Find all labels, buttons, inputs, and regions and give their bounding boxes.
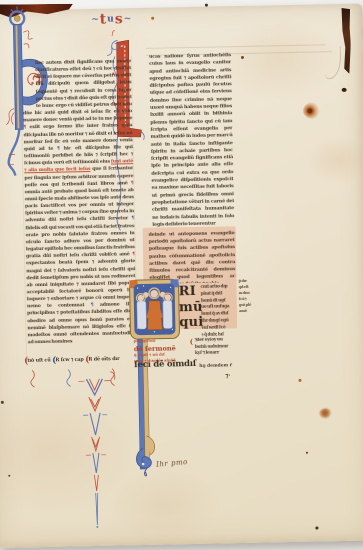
text-column-2-prologue: ucas natione ſyrus antiochēſis cuius lau… xyxy=(149,52,235,231)
ink-speck xyxy=(8,475,10,477)
running-title: ∼tus∼ xyxy=(91,11,131,28)
rust-stain xyxy=(319,408,332,418)
penwork-cascade xyxy=(14,364,167,533)
ink-speck xyxy=(342,88,347,92)
text-column-1: hec autem dixit ſignificans qua morte cl… xyxy=(22,58,137,366)
parchment-page: ∼tus∼ ſ hec autem dixit ſignificans qua … xyxy=(0,4,363,548)
manuscript-photo: { "palette":{"ink":"#48392a","rubric_red… xyxy=(0,0,363,550)
after-rubric-lines: ⁊der eyſoy uūbutm̄ uıduīmurkyr̄ ⁊ leuarr xyxy=(195,337,239,358)
binding-remnant-right xyxy=(340,8,351,74)
paraph-mark: ( xyxy=(190,337,193,346)
continuation-lines: cnıt artıo dıppīnıt q̄ dıtlhunū dt ugťuo… xyxy=(201,283,237,338)
ink-speck xyxy=(1,401,4,404)
ink-speck xyxy=(315,527,318,530)
acts-opening-small-line: hıȷ demdem r̄ xyxy=(199,363,232,369)
initial-wrap-spacer xyxy=(22,60,36,104)
text-on-pink-offset: deinde ut anteponens evangelio periodū a… xyxy=(148,230,235,284)
ink-speck xyxy=(298,379,301,382)
tironian-et-mark: ⁊· xyxy=(225,372,230,379)
column-1-body: hec autem dixit ſignificans qua morte cl… xyxy=(23,59,137,345)
ink-speck xyxy=(205,4,208,7)
ink-speck xyxy=(306,452,308,454)
ink-speck xyxy=(151,17,154,20)
ruling-line xyxy=(146,44,326,49)
ink-speck xyxy=(241,56,244,59)
rust-stain xyxy=(303,102,321,118)
margin-gloss: p̄ dıeqd eſtın dnoſcō ⁊grā plēamē xyxy=(238,279,261,315)
